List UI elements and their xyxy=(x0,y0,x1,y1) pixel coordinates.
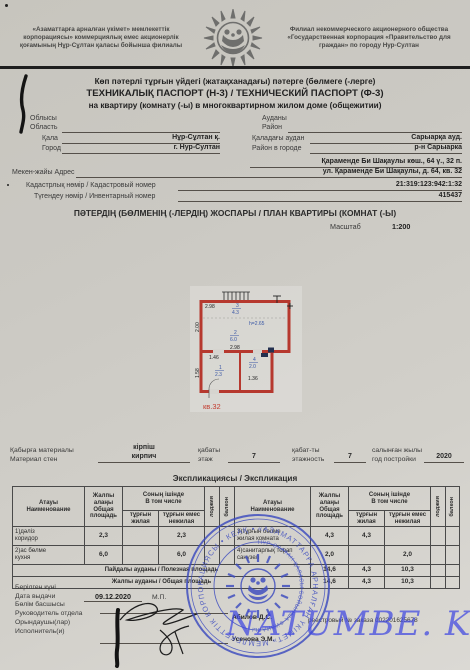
year-label: салынған жылы год постройки xyxy=(372,447,422,464)
field-address-value-ru: ул. Қараменде Би Шақаулы, д. 64, кв. 32 xyxy=(76,168,462,178)
field-address-label: Мекен-жайы Адрес xyxy=(12,169,75,176)
photo-artifact-dot xyxy=(7,184,9,186)
room-total: 4,3 xyxy=(311,527,349,546)
col-living-left: тұрғын жилая xyxy=(123,511,159,527)
explication-table: Атауы Наименование Жалпы алаңы Общая пло… xyxy=(12,486,460,589)
plan-walls xyxy=(201,302,289,392)
right-org-name: Филиал некоммерческого акционерного обще… xyxy=(274,26,464,50)
head-signature xyxy=(120,604,197,625)
header-divider xyxy=(0,66,470,69)
room3-area: 4.3 xyxy=(232,310,239,316)
col-balcony-right: балкон xyxy=(446,487,460,527)
executor-label: Орындаушы(лар) Исполнитель(и) xyxy=(15,619,70,636)
field-city-district-value-ru: р-н Сарыарка xyxy=(310,144,462,154)
col-total-right: Жалпы алаңы Общая площадь xyxy=(311,487,349,527)
room2-area: 6.0 xyxy=(230,337,237,343)
sun-family-logo-icon xyxy=(201,9,265,67)
summary-total: 14,6 xyxy=(311,577,349,589)
wall-material-label: Қабырға материалы Материал стен xyxy=(10,447,74,464)
title-ru: на квартиру (комнату (-ы) в многоквартир… xyxy=(0,100,470,111)
field-city-kk: Қала xyxy=(42,135,58,142)
room-nonliving: 6,0 xyxy=(159,546,205,565)
col-balcony-left: балкон xyxy=(220,487,235,527)
room-name: 1)дәліз коридор xyxy=(13,527,85,546)
summary-row-useful: Пайдалы ауданы / Полезная площадь 14,6 4… xyxy=(13,565,460,577)
summary-living: 4,3 xyxy=(349,565,385,577)
room-name: 3)тұрғын бөлме жилая комната xyxy=(235,527,311,546)
wall-material-value-ru: кирпич xyxy=(98,453,190,463)
room-living xyxy=(349,546,385,565)
col-name-left: Атауы Наименование xyxy=(13,487,85,527)
room1-number: 1 xyxy=(219,365,222,371)
col-loggia-right: лоджия xyxy=(431,487,446,527)
field-city-value-ru: г. Нур-Султан xyxy=(62,144,220,154)
field-city-district-value-kk: Сарыарқа ауд. xyxy=(310,134,462,144)
dim-lower-top: 1.46 xyxy=(209,355,219,361)
col-name-right: Атауы Наименование xyxy=(235,487,311,527)
col-nonliving-right: тұрғын емес нежилая xyxy=(385,511,431,527)
dim-room4: 1.36 xyxy=(248,376,258,382)
floor-value: 7 xyxy=(228,453,280,463)
field-region-value xyxy=(62,124,220,133)
col-nonliving-left: тұрғын емес нежилая xyxy=(159,511,205,527)
summary-label: Жалпы ауданы / Общая площадь xyxy=(13,577,311,589)
col-total-left: Жалпы алаңы Общая площадь xyxy=(85,487,123,527)
signatures xyxy=(105,592,240,660)
col-loggia-left: лоджия xyxy=(205,487,220,527)
field-district-ru: Район xyxy=(262,124,282,131)
floor-plan: 2.98 2.98 1.46 1.36 2.00 1.58 3 4.3 h=2.… xyxy=(193,290,299,414)
room-living xyxy=(123,546,159,565)
field-city-value-kk: Нұр-Сұлтан қ. xyxy=(62,134,220,144)
field-city-ru: Город xyxy=(42,145,61,152)
left-org-name: «Азаматтарға арналған үкімет» мемлекетті… xyxy=(10,26,192,50)
room-total: 2,0 xyxy=(311,546,349,565)
table-row: 1)дәліз коридор 2,3 2,3 3)тұрғын бөлме ж… xyxy=(13,527,460,546)
room-nonliving xyxy=(385,527,431,546)
room-name: 4)санитарлық торап санузел xyxy=(235,546,311,565)
summary-nonliving: 10,3 xyxy=(385,577,431,589)
executor-signature xyxy=(160,626,189,655)
wall-material-value-kk: кірпіш xyxy=(98,444,190,453)
explication-title: Экспликациясы / Экспликация xyxy=(0,474,470,483)
summary-row-total: Жалпы ауданы / Общая площадь 14,6 4,3 10… xyxy=(13,577,460,589)
head-of-department-label: Бөлім басшысы Руководитель отдела xyxy=(15,601,82,618)
room-name: 2)ас бөлме кухня xyxy=(13,546,85,565)
room-living xyxy=(123,527,159,546)
room3-number: 3 xyxy=(236,303,239,309)
field-cadastral-label: Кадастрлық нөмір / Кадастровый номер xyxy=(26,182,156,189)
field-district-value xyxy=(288,124,462,133)
dim-left-upper: 2.00 xyxy=(195,322,201,332)
room-nonliving: 2,0 xyxy=(385,546,431,565)
room-total: 2,3 xyxy=(85,527,123,546)
room-nonliving: 2,3 xyxy=(159,527,205,546)
floors-value: 7 xyxy=(334,453,366,463)
plan-section-title: ПӘТЕРДІҢ (БӨЛМЕНІҢ (-ЛЕРДІҢ) ЖОСПАРЫ / П… xyxy=(0,208,470,218)
apartment-number-label: кв.32 xyxy=(203,402,221,411)
col-living-right: тұрғын жилая xyxy=(349,511,385,527)
title-kk: Көп пәтерлі тұрғын үйдегі (жатақханадағы… xyxy=(0,76,470,87)
col-including-left: Соның ішінде В том числе xyxy=(123,487,205,511)
table-row: 2)ас бөлме кухня 6,0 6,0 4)санитарлық то… xyxy=(13,546,460,565)
hatch-strip xyxy=(222,292,250,300)
gov-corporation-logo xyxy=(192,9,274,67)
dim-left-lower: 1.58 xyxy=(195,368,201,378)
field-inventory-label: Түгендеу нөмір / Инвентарный номер xyxy=(34,193,155,200)
col-including-right: Соның ішінде В том числе xyxy=(349,487,431,511)
plan-scale-value: 1:200 xyxy=(392,222,410,231)
issue-date-label: Берілген күні Дата выдачи xyxy=(15,584,56,601)
room2-number: 2 xyxy=(234,330,237,336)
field-inventory-value: 415437 xyxy=(178,192,462,202)
dim-mid: 2.98 xyxy=(230,345,240,351)
summary-label: Пайдалы ауданы / Полезная площадь xyxy=(13,565,311,577)
room-height-note: h=2.65 xyxy=(249,321,265,327)
year-value: 2020 xyxy=(424,453,464,463)
plan-scale-label: Масштаб xyxy=(330,222,361,231)
field-district-kk: Ауданы xyxy=(262,115,287,122)
field-city-district-ru: Район в городе xyxy=(252,145,302,152)
title-main: ТЕХНИКАЛЫҚ ПАСПОРТ (Н-3) / ТЕХНИЧЕСКИЙ П… xyxy=(0,87,470,100)
field-cadastral-value: 21:319:123:942:1:32 xyxy=(178,181,462,191)
technical-passport-document: «Азаматтарға арналған үкімет» мемлекетті… xyxy=(0,0,470,670)
summary-living: 4,3 xyxy=(349,577,385,589)
field-city-district-kk: Қаладағы аудан xyxy=(252,135,304,142)
floor-label: қабаты этаж xyxy=(198,447,220,464)
room-living: 4,3 xyxy=(349,527,385,546)
floors-label: қабат-ты этажность xyxy=(292,447,324,464)
door-swing xyxy=(209,379,219,389)
site-watermark: NATUMBE. KZ xyxy=(226,604,470,644)
room4-number: 4 xyxy=(253,357,256,363)
photo-artifact-dot xyxy=(5,4,8,7)
field-region-kk: Облысы xyxy=(30,115,57,122)
dim-top: 2.98 xyxy=(205,304,215,310)
room1-area: 2.3 xyxy=(215,372,222,378)
field-address-value-kk: Қараменде Би Шақаулы көш., 64 ү., 32 п. xyxy=(250,158,462,168)
room4-area: 2.0 xyxy=(249,364,256,370)
summary-total: 14,6 xyxy=(311,565,349,577)
document-title: Көп пәтерлі тұрғын үйдегі (жатақханадағы… xyxy=(0,76,470,111)
summary-nonliving: 10,3 xyxy=(385,565,431,577)
document-header: «Азаматтарға арналған үкімет» мемлекетті… xyxy=(0,9,470,67)
field-region-ru: Область xyxy=(30,124,57,131)
room-total: 6,0 xyxy=(85,546,123,565)
